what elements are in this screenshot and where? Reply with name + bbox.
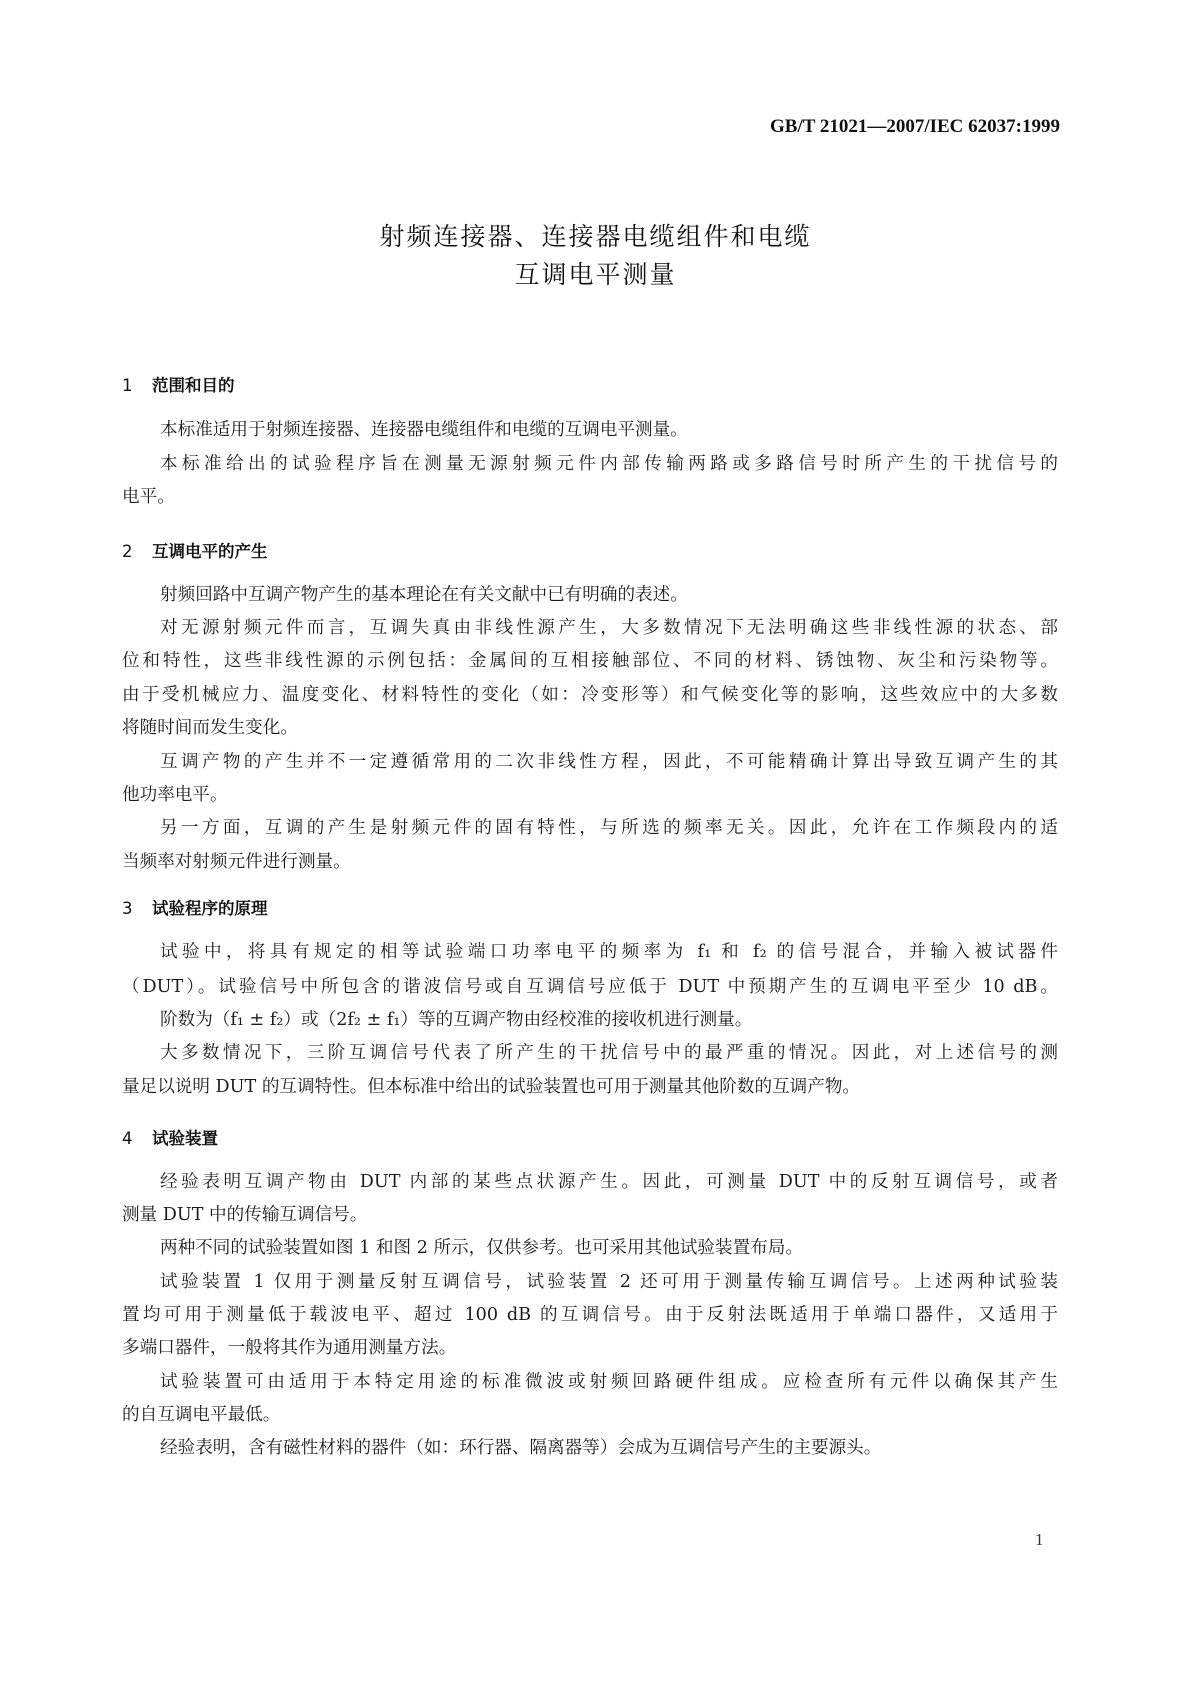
paragraph-line: 的自互调电平最低。 xyxy=(122,1404,1058,1426)
paragraph-line: 置均可用于测量低于载波电平、超过 100 dB 的互调信号。由于反射法既适用于单… xyxy=(122,1304,1058,1326)
paragraph-line: 量足以说明 DUT 的互调特性。但本标准中给出的试验装置也可用于测量其他阶数的互… xyxy=(122,1076,1058,1098)
paragraph-line: 本标准给出的试验程序旨在测量无源射频元件内部传输两路或多路信号时所产生的干扰信号… xyxy=(160,453,1058,475)
section-heading-3: 3试验程序的原理 xyxy=(122,895,268,919)
paragraph-line: 经验表明互调产物由 DUT 内部的某些点状源产生。因此，可测量 DUT 中的反射… xyxy=(160,1171,1058,1193)
section-title: 范围和目的 xyxy=(152,376,235,395)
document-title-line-1: 射频连接器、连接器电缆组件和电缆 xyxy=(0,217,1191,253)
section-heading-1: 1范围和目的 xyxy=(122,372,235,396)
page-number: 1 xyxy=(1035,1530,1044,1550)
section-title: 试验装置 xyxy=(152,1129,218,1148)
paragraph-line: 电平。 xyxy=(122,486,1058,508)
paragraph-line: 试验中，将具有规定的相等试验端口功率电平的频率为 f₁ 和 f₂ 的信号混合，并… xyxy=(160,941,1058,963)
paragraph-line: 大多数情况下，三阶互调信号代表了所产生的干扰信号中的最严重的情况。因此，对上述信… xyxy=(160,1042,1058,1064)
section-number: 3 xyxy=(122,899,152,918)
standard-code-header: GB/T 21021—2007/IEC 62037:1999 xyxy=(770,116,1060,138)
paragraph-line: 试验装置可由适用于本特定用途的标准微波或射频回路硬件组成。应检查所有元件以确保其… xyxy=(160,1371,1058,1393)
section-heading-4: 4试验装置 xyxy=(122,1125,218,1149)
paragraph-line: 他功率电平。 xyxy=(122,784,1058,806)
paragraph-line: 当频率对射频元件进行测量。 xyxy=(122,851,1058,873)
paragraph-line: 两种不同的试验装置如图 1 和图 2 所示，仅供参考。也可采用其他试验装置布局。 xyxy=(160,1237,1058,1259)
section-number: 1 xyxy=(122,376,152,395)
section-title: 试验程序的原理 xyxy=(152,899,268,918)
paragraph-line: 试验装置 1 仅用于测量反射互调信号，试验装置 2 还可用于测量传输互调信号。上… xyxy=(160,1271,1058,1293)
paragraph-line: （DUT）。试验信号中所包含的谐波信号或自互调信号应低于 DUT 中预期产生的互… xyxy=(122,976,1058,998)
paragraph-line: 位和特性，这些非线性源的示例包括：金属间的互相接触部位、不同的材料、锈蚀物、灰尘… xyxy=(122,650,1058,672)
section-number: 2 xyxy=(122,542,152,561)
paragraph-line: 射频回路中互调产物产生的基本理论在有关文献中已有明确的表述。 xyxy=(160,584,1058,606)
paragraph-line: 对无源射频元件而言，互调失真由非线性源产生，大多数情况下无法明确这些非线性源的状… xyxy=(160,617,1058,639)
paragraph-line: 将随时间而发生变化。 xyxy=(122,717,1058,739)
section-number: 4 xyxy=(122,1129,152,1148)
paragraph-line: 互调产物的产生并不一定遵循常用的二次非线性方程，因此，不可能精确计算出导致互调产… xyxy=(160,751,1058,773)
section-heading-2: 2互调电平的产生 xyxy=(122,538,268,562)
document-title-line-2: 互调电平测量 xyxy=(0,255,1191,291)
paragraph-line: 阶数为（f₁ ± f₂）或（2f₂ ± f₁）等的互调产物由经校准的接收机进行测… xyxy=(160,1009,1058,1031)
paragraph-line: 经验表明，含有磁性材料的器件（如：环行器、隔离器等）会成为互调信号产生的主要源头… xyxy=(160,1437,1058,1459)
paragraph-line: 多端口器件，一般将其作为通用测量方法。 xyxy=(122,1337,1058,1359)
paragraph-line: 测量 DUT 中的传输互调信号。 xyxy=(122,1204,1058,1226)
paragraph-line: 由于受机械应力、温度变化、材料特性的变化（如：冷变形等）和气候变化等的影响，这些… xyxy=(122,684,1058,706)
paragraph-line: 本标准适用于射频连接器、连接器电缆组件和电缆的互调电平测量。 xyxy=(160,419,1058,441)
paragraph-line: 另一方面，互调的产生是射频元件的固有特性，与所选的频率无关。因此，允许在工作频段… xyxy=(160,817,1058,839)
section-title: 互调电平的产生 xyxy=(152,542,268,561)
